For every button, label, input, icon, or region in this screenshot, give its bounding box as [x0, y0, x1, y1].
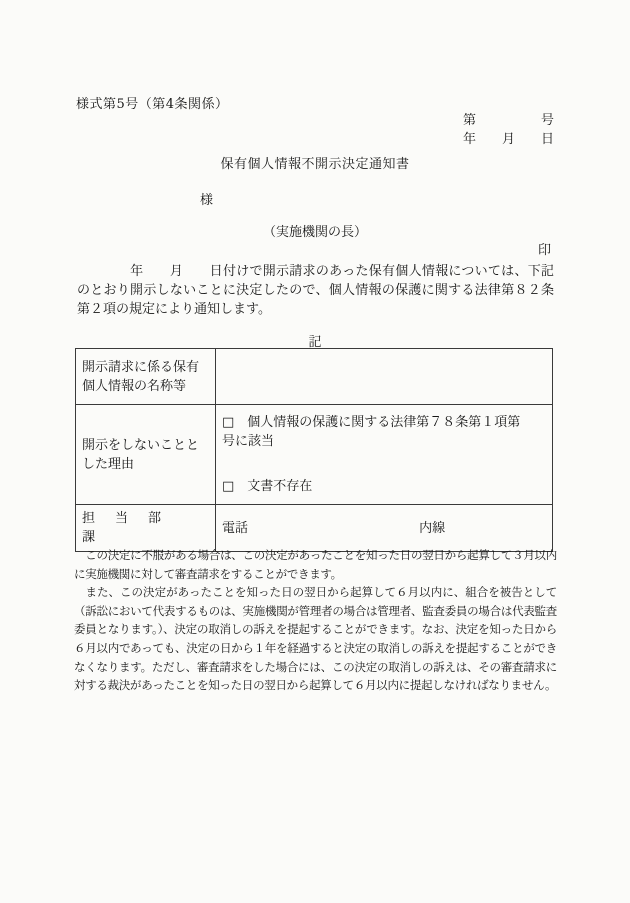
document-number-line: 第 号 [463, 109, 554, 128]
extension-label: 内線 [419, 519, 445, 538]
row-label-text: 開示請求に係る保有個人情報の名称等 [82, 360, 199, 394]
document-title: 保有個人情報不開示決定通知書 [0, 153, 630, 172]
table-row-reason: 開示をしないこととした理由 □ 個人情報の保護に関する法律第７８条第１項第 号に… [76, 405, 553, 505]
row-label-text: 担当部課 [82, 511, 181, 545]
contact-cell: 電話 内線 [216, 505, 553, 552]
row-label-department: 担当部課 [76, 505, 216, 552]
contact-line: 電話 内線 [222, 519, 546, 538]
reason-option-law-checkbox: □ 個人情報の保護に関する法律第７８条第１項第 号に該当 [222, 413, 546, 451]
table-row-department: 担当部課 電話 内線 [76, 505, 553, 552]
row-label-text: 開示をしないこととした理由 [82, 438, 199, 472]
appeal-notes: この決定に不服がある場合は、この決定があったことを知った日の翌日から起算して３月… [74, 546, 557, 695]
row-label-information-name: 開示請求に係る保有個人情報の名称等 [76, 349, 216, 405]
issuer-line: （実施機関の長） [0, 221, 630, 240]
row-label-reason: 開示をしないこととした理由 [76, 405, 216, 505]
information-name-field [216, 349, 553, 405]
note-paragraph-appeal: この決定に不服がある場合は、この決定があったことを知った日の翌日から起算して３月… [74, 546, 557, 583]
body-paragraph: 年 月 日付けで開示請求のあった保有個人情報については、下記のとおり開示しないこ… [77, 262, 554, 320]
notice-table: 開示請求に係る保有個人情報の名称等 開示をしないこととした理由 □ 個人情報の保… [75, 348, 553, 552]
phone-label: 電話 [222, 521, 248, 536]
document-page: 様式第5号（第4条関係） 第 号 年 月 日 保有個人情報不開示決定通知書 様 … [0, 0, 630, 903]
note-paragraph-lawsuit: また、この決定があったことを知った日の翌日から起算して６月以内に、組合を被告とし… [74, 583, 557, 695]
addressee-sama-label: 様 [200, 189, 213, 208]
form-number-label: 様式第5号（第4条関係） [76, 93, 229, 112]
reason-option-no-document-checkbox: □ 文書不存在 [222, 477, 546, 496]
seal-mark: 印 [538, 239, 551, 258]
table-row-information-name: 開示請求に係る保有個人情報の名称等 [76, 349, 553, 405]
reason-options-cell: □ 個人情報の保護に関する法律第７８条第１項第 号に該当 □ 文書不存在 [216, 405, 553, 505]
date-line: 年 月 日 [463, 128, 554, 147]
